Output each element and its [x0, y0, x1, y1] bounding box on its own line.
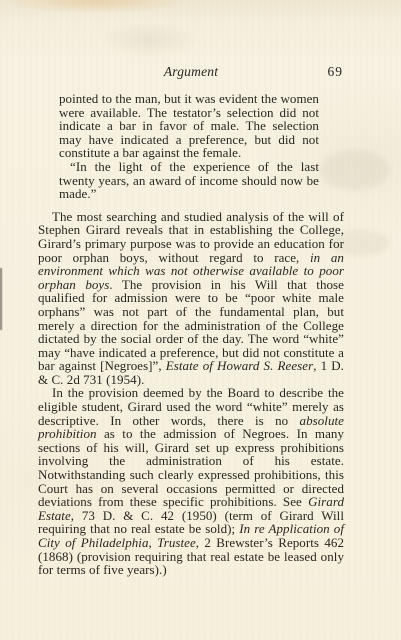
scanned-page: Argument 69 pointed to the man, but it w… [0, 0, 401, 640]
text-run: The most searching and studied analysis … [38, 209, 344, 265]
body-text: pointed to the man, but it was evident t… [38, 92, 344, 577]
quote-continuation-paragraph: pointed to the man, but it was evident t… [59, 92, 319, 160]
text-run: In the provision deemed by the Board to … [38, 385, 344, 427]
page-number: 69 [328, 64, 344, 79]
text-run: pointed to the man, but it was evident t… [59, 91, 319, 160]
text-run: “In the light of the experience of the l… [59, 159, 319, 201]
quote-paragraph: “In the light of the experience of the l… [59, 160, 319, 201]
text-column: Argument 69 pointed to the man, but it w… [38, 64, 344, 577]
scan-edge-artifact [0, 268, 2, 330]
running-head-title: Argument [164, 64, 218, 79]
provision-paragraph: In the provision deemed by the Board to … [38, 386, 344, 576]
running-head: Argument 69 [38, 64, 344, 79]
italic-text-run: Estate of Howard S. Reeser [166, 358, 313, 373]
analysis-paragraph: The most searching and studied analysis … [38, 210, 344, 387]
